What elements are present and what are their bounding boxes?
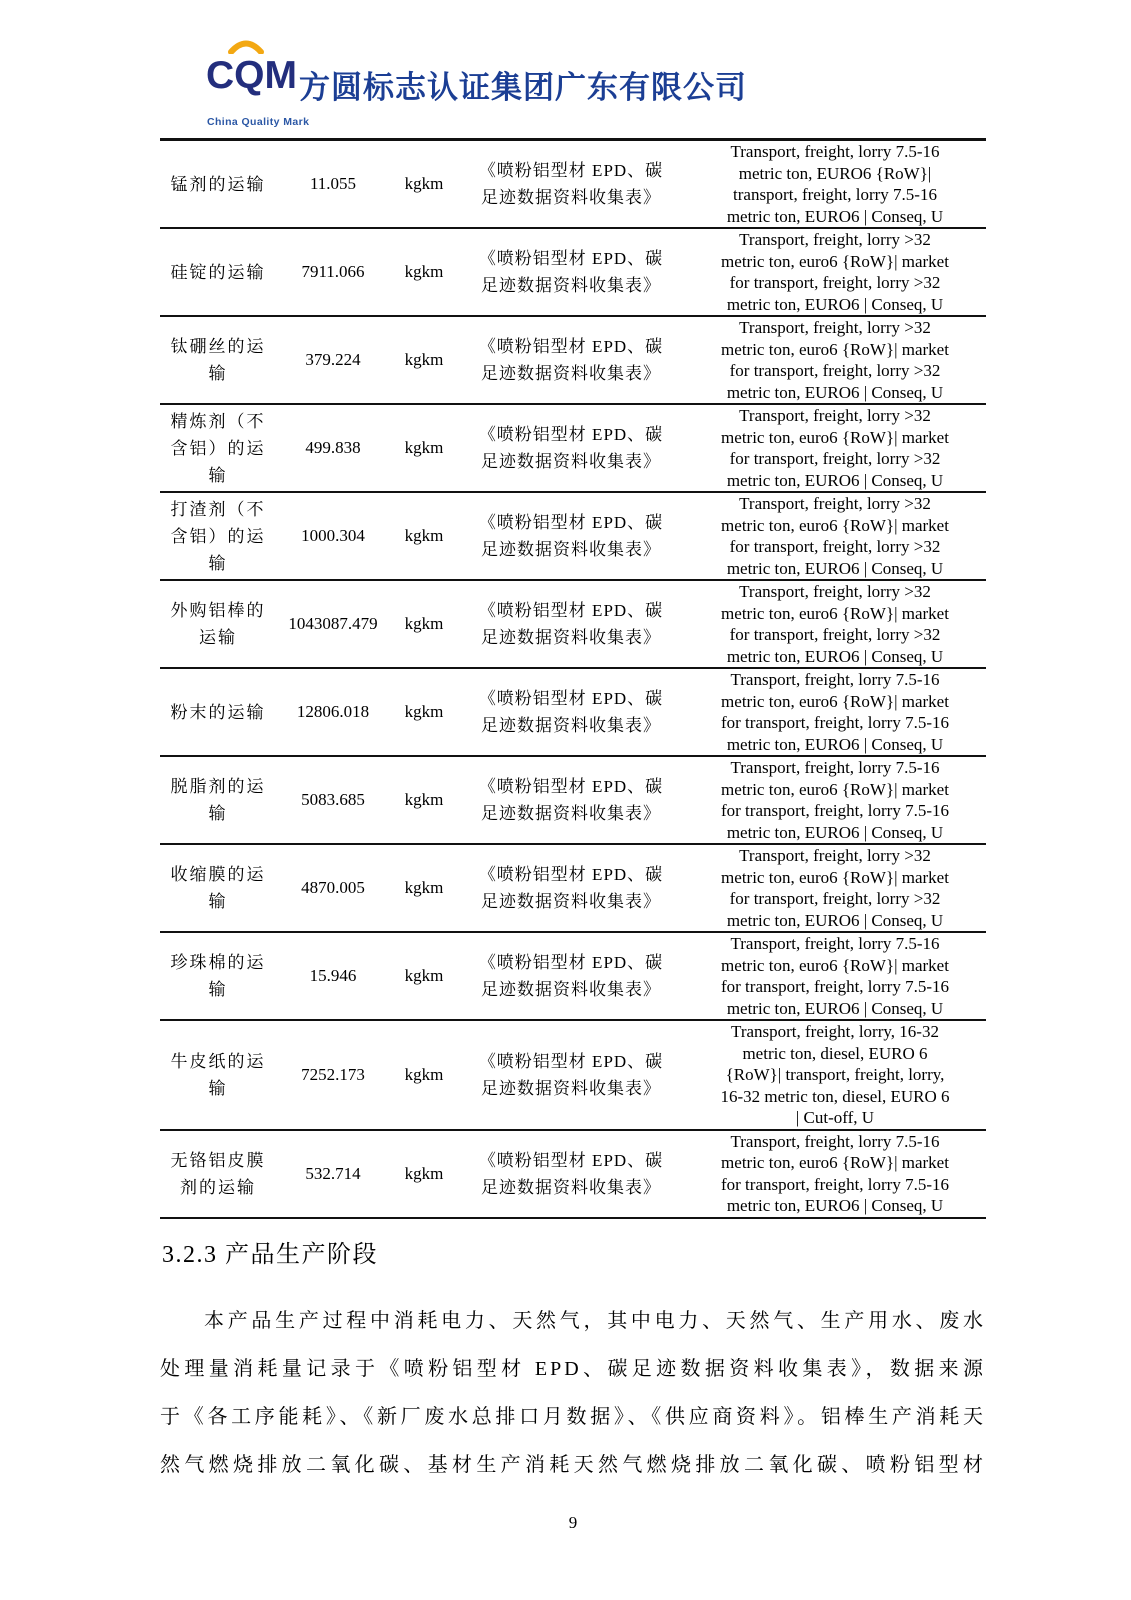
data-source-cell: 《喷粉铝型材 EPD、碳 足迹数据资料收集表》 <box>458 421 684 475</box>
quantity-cell: 499.838 <box>276 438 390 458</box>
quantity-cell: 1043087.479 <box>276 614 390 634</box>
material-name-cell: 收缩膜的运 输 <box>160 861 276 915</box>
page-number: 9 <box>160 1513 986 1533</box>
process-name-cell: Transport, freight, lorry >32 metric ton… <box>684 405 986 491</box>
page: CQM China Quality Mark 方圆标志认证集团广东有限公司 锰剂… <box>0 0 1131 1600</box>
process-name-cell: Transport, freight, lorry 7.5-16 metric … <box>684 141 986 227</box>
process-name-cell: Transport, freight, lorry >32 metric ton… <box>684 581 986 667</box>
unit-cell: kgkm <box>390 966 458 986</box>
unit-cell: kgkm <box>390 262 458 282</box>
process-name-cell: Transport, freight, lorry >32 metric ton… <box>684 493 986 579</box>
table-row: 打渣剂（不 含铝）的运 输1000.304kgkm《喷粉铝型材 EPD、碳 足迹… <box>160 493 986 581</box>
quantity-cell: 15.946 <box>276 966 390 986</box>
table-row: 钛硼丝的运 输379.224kgkm《喷粉铝型材 EPD、碳 足迹数据资料收集表… <box>160 317 986 405</box>
company-name: 方圆标志认证集团广东有限公司 <box>299 62 747 107</box>
data-source-cell: 《喷粉铝型材 EPD、碳 足迹数据资料收集表》 <box>458 773 684 827</box>
material-name-cell: 外购铝棒的 运输 <box>160 597 276 651</box>
table-row: 硅锭的运输7911.066kgkm《喷粉铝型材 EPD、碳 足迹数据资料收集表》… <box>160 229 986 317</box>
logo-subtitle: China Quality Mark <box>207 116 309 128</box>
unit-cell: kgkm <box>390 350 458 370</box>
unit-cell: kgkm <box>390 878 458 898</box>
process-name-cell: Transport, freight, lorry, 16-32 metric … <box>684 1021 986 1129</box>
material-name-cell: 粉末的运输 <box>160 699 276 726</box>
unit-cell: kgkm <box>390 1065 458 1085</box>
paragraph-line: 于《各工序能耗》、《新厂废水总排口月数据》、《供应商资料》。铝棒生产消耗天 <box>160 1393 986 1441</box>
table-row: 外购铝棒的 运输1043087.479kgkm《喷粉铝型材 EPD、碳 足迹数据… <box>160 581 986 669</box>
process-name-cell: Transport, freight, lorry 7.5-16 metric … <box>684 1131 986 1217</box>
quantity-cell: 532.714 <box>276 1164 390 1184</box>
process-name-cell: Transport, freight, lorry 7.5-16 metric … <box>684 757 986 843</box>
data-source-cell: 《喷粉铝型材 EPD、碳 足迹数据资料收集表》 <box>458 1147 684 1201</box>
paragraph-line: 然气燃烧排放二氧化碳、基材生产消耗天然气燃烧排放二氧化碳、喷粉铝型材 <box>160 1441 986 1489</box>
table-row: 精炼剂（不 含铝）的运 输499.838kgkm《喷粉铝型材 EPD、碳 足迹数… <box>160 405 986 493</box>
data-source-cell: 《喷粉铝型材 EPD、碳 足迹数据资料收集表》 <box>458 245 684 299</box>
data-source-cell: 《喷粉铝型材 EPD、碳 足迹数据资料收集表》 <box>458 685 684 739</box>
quantity-cell: 7252.173 <box>276 1065 390 1085</box>
body-paragraph: 本产品生产过程中消耗电力、天然气，其中电力、天然气、生产用水、废水处理量消耗量记… <box>160 1297 986 1489</box>
material-name-cell: 打渣剂（不 含铝）的运 输 <box>160 496 276 577</box>
paragraph-line: 处理量消耗量记录于《喷粉铝型材 EPD、碳足迹数据资料收集表》，数据来源 <box>160 1345 986 1393</box>
table-row: 珍珠棉的运 输15.946kgkm《喷粉铝型材 EPD、碳 足迹数据资料收集表》… <box>160 933 986 1021</box>
table-row: 收缩膜的运 输4870.005kgkm《喷粉铝型材 EPD、碳 足迹数据资料收集… <box>160 845 986 933</box>
material-name-cell: 精炼剂（不 含铝）的运 输 <box>160 408 276 489</box>
quantity-cell: 4870.005 <box>276 878 390 898</box>
unit-cell: kgkm <box>390 438 458 458</box>
quantity-cell: 11.055 <box>276 174 390 194</box>
transport-table: 锰剂的运输11.055kgkm《喷粉铝型材 EPD、碳 足迹数据资料收集表》Tr… <box>160 138 986 1219</box>
process-name-cell: Transport, freight, lorry 7.5-16 metric … <box>684 669 986 755</box>
data-source-cell: 《喷粉铝型材 EPD、碳 足迹数据资料收集表》 <box>458 1048 684 1102</box>
quantity-cell: 5083.685 <box>276 790 390 810</box>
process-name-cell: Transport, freight, lorry >32 metric ton… <box>684 845 986 931</box>
data-source-cell: 《喷粉铝型材 EPD、碳 足迹数据资料收集表》 <box>458 597 684 651</box>
content: CQM China Quality Mark 方圆标志认证集团广东有限公司 锰剂… <box>160 0 986 1533</box>
material-name-cell: 锰剂的运输 <box>160 171 276 198</box>
quantity-cell: 7911.066 <box>276 262 390 282</box>
process-name-cell: Transport, freight, lorry >32 metric ton… <box>684 317 986 403</box>
material-name-cell: 无铬铝皮膜 剂的运输 <box>160 1147 276 1201</box>
unit-cell: kgkm <box>390 174 458 194</box>
quantity-cell: 379.224 <box>276 350 390 370</box>
material-name-cell: 脱脂剂的运 输 <box>160 773 276 827</box>
table-row: 粉末的运输12806.018kgkm《喷粉铝型材 EPD、碳 足迹数据资料收集表… <box>160 669 986 757</box>
material-name-cell: 珍珠棉的运 输 <box>160 949 276 1003</box>
quantity-cell: 1000.304 <box>276 526 390 546</box>
quantity-cell: 12806.018 <box>276 702 390 722</box>
logo-arc-icon <box>228 40 264 54</box>
process-name-cell: Transport, freight, lorry 7.5-16 metric … <box>684 933 986 1019</box>
table-row: 锰剂的运输11.055kgkm《喷粉铝型材 EPD、碳 足迹数据资料收集表》Tr… <box>160 141 986 229</box>
unit-cell: kgkm <box>390 790 458 810</box>
unit-cell: kgkm <box>390 526 458 546</box>
section-heading: 3.2.3 产品生产阶段 <box>162 1234 986 1269</box>
table-row: 无铬铝皮膜 剂的运输532.714kgkm《喷粉铝型材 EPD、碳 足迹数据资料… <box>160 1131 986 1219</box>
table-row: 脱脂剂的运 输5083.685kgkm《喷粉铝型材 EPD、碳 足迹数据资料收集… <box>160 757 986 845</box>
table-row: 牛皮纸的运 输7252.173kgkm《喷粉铝型材 EPD、碳 足迹数据资料收集… <box>160 1021 986 1131</box>
unit-cell: kgkm <box>390 614 458 634</box>
unit-cell: kgkm <box>390 702 458 722</box>
material-name-cell: 牛皮纸的运 输 <box>160 1048 276 1102</box>
data-source-cell: 《喷粉铝型材 EPD、碳 足迹数据资料收集表》 <box>458 509 684 563</box>
material-name-cell: 钛硼丝的运 输 <box>160 333 276 387</box>
data-source-cell: 《喷粉铝型材 EPD、碳 足迹数据资料收集表》 <box>458 861 684 915</box>
material-name-cell: 硅锭的运输 <box>160 259 276 286</box>
paragraph-line: 本产品生产过程中消耗电力、天然气，其中电力、天然气、生产用水、废水 <box>160 1297 986 1345</box>
cqm-logo-text: CQM <box>206 56 297 95</box>
data-source-cell: 《喷粉铝型材 EPD、碳 足迹数据资料收集表》 <box>458 333 684 387</box>
unit-cell: kgkm <box>390 1164 458 1184</box>
process-name-cell: Transport, freight, lorry >32 metric ton… <box>684 229 986 315</box>
header: CQM China Quality Mark 方圆标志认证集团广东有限公司 <box>160 0 986 138</box>
data-source-cell: 《喷粉铝型材 EPD、碳 足迹数据资料收集表》 <box>458 949 684 1003</box>
data-source-cell: 《喷粉铝型材 EPD、碳 足迹数据资料收集表》 <box>458 157 684 211</box>
